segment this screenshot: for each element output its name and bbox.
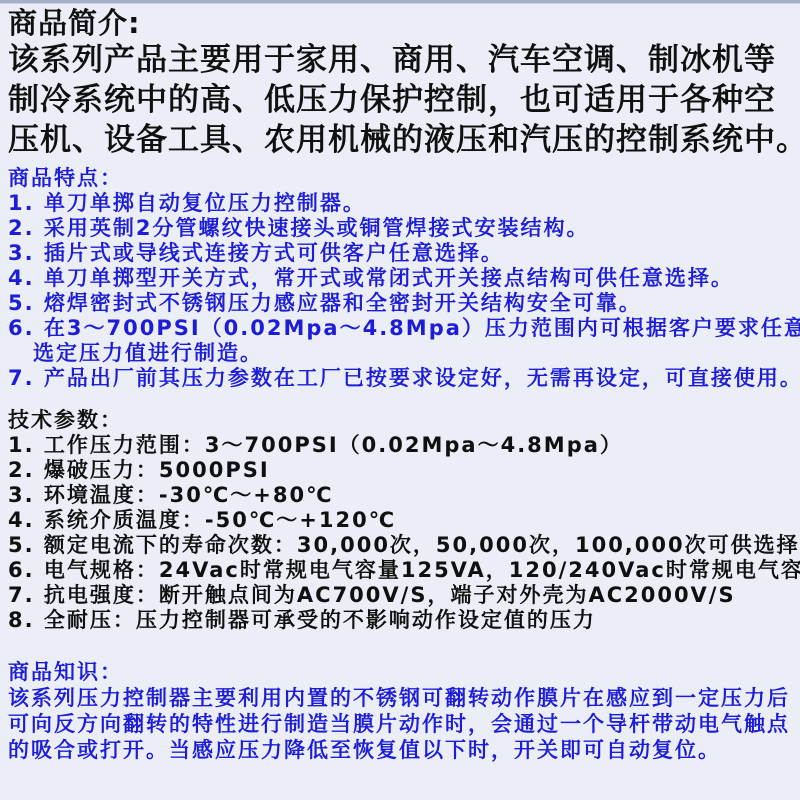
- specs-heading: 技术参数：: [8, 408, 800, 433]
- intro-text-line: 该系列产品主要用于家用、商用、汽车空调、制冰机等: [8, 40, 800, 80]
- top-border-bar: [0, 0, 800, 4]
- spec-item: 8. 全耐压：压力控制器可承受的不影响动作设定值的压力: [8, 608, 800, 633]
- spec-item: 2. 爆破压力：5000PSI: [8, 458, 800, 483]
- knowledge-text-line: 该系列压力控制器主要利用内置的不锈钢可翻转动作膜片在感应到一定压力后: [8, 685, 790, 711]
- spec-item: 6. 电气规格：24Vac时常规电气容量125VA，120/240Vac时常规电…: [8, 558, 800, 583]
- knowledge-heading: 商品知识：: [8, 659, 790, 685]
- feature-item: 2. 采用英制2分管螺纹快速接头或铜管焊接式安装结构。: [8, 216, 800, 241]
- feature-item: 4. 单刀单掷型开关方式，常开式或常闭式开关接点结构可供任意选择。: [8, 266, 800, 291]
- spec-item: 4. 系统介质温度：-50℃～+120℃: [8, 508, 800, 533]
- knowledge-text-line: 的吸合或打开。当感应压力降低至恢复值以下时，开关即可自动复位。: [8, 737, 790, 763]
- intro-heading: 商品简介:: [8, 6, 800, 40]
- feature-item: 1. 单刀单掷自动复位压力控制器。: [8, 191, 800, 216]
- product-description-page: 商品简介: 该系列产品主要用于家用、商用、汽车空调、制冰机等 制冷系统中的高、低…: [0, 0, 800, 800]
- feature-item: 7. 产品出厂前其压力参数在工厂已按要求设定好，无需再设定，可直接使用。: [8, 366, 800, 391]
- section-product-knowledge: 商品知识： 该系列压力控制器主要利用内置的不锈钢可翻转动作膜片在感应到一定压力后…: [8, 659, 790, 763]
- section-product-intro: 商品简介: 该系列产品主要用于家用、商用、汽车空调、制冰机等 制冷系统中的高、低…: [8, 6, 800, 160]
- section-product-features: 商品特点： 1. 单刀单掷自动复位压力控制器。 2. 采用英制2分管螺纹快速接头…: [8, 166, 800, 391]
- intro-text-line: 制冷系统中的高、低压力保护控制，也可适用于各种空: [8, 80, 800, 120]
- feature-item-wrap: 选定压力值进行制造。: [8, 341, 800, 366]
- spec-item: 3. 环境温度：-30℃～+80℃: [8, 483, 800, 508]
- section-technical-specs: 技术参数： 1. 工作压力范围：3～700PSI（0.02Mpa～4.8Mpa）…: [8, 408, 800, 633]
- spec-item: 5. 额定电流下的寿命次数：30,000次，50,000次，100,000次可供…: [8, 533, 800, 558]
- knowledge-text-line: 可向反方向翻转的特性进行制造当膜片动作时，会通过一个导杆带动电气触点: [8, 711, 790, 737]
- feature-item: 6. 在3～700PSI（0.02Mpa～4.8Mpa）压力范围内可根据客户要求…: [8, 316, 800, 341]
- feature-item: 5. 熔焊密封式不锈钢压力感应器和全密封开关结构安全可靠。: [8, 291, 800, 316]
- spec-item: 1. 工作压力范围：3～700PSI（0.02Mpa～4.8Mpa）: [8, 433, 800, 458]
- spec-item: 7. 抗电强度：断开触点间为AC700V/S，端子对外壳为AC2000V/S: [8, 583, 800, 608]
- features-heading: 商品特点：: [8, 166, 800, 191]
- feature-item: 3. 插片式或导线式连接方式可供客户任意选择。: [8, 241, 800, 266]
- intro-text-line: 压机、设备工具、农用机械的液压和汽压的控制系统中。: [8, 120, 800, 160]
